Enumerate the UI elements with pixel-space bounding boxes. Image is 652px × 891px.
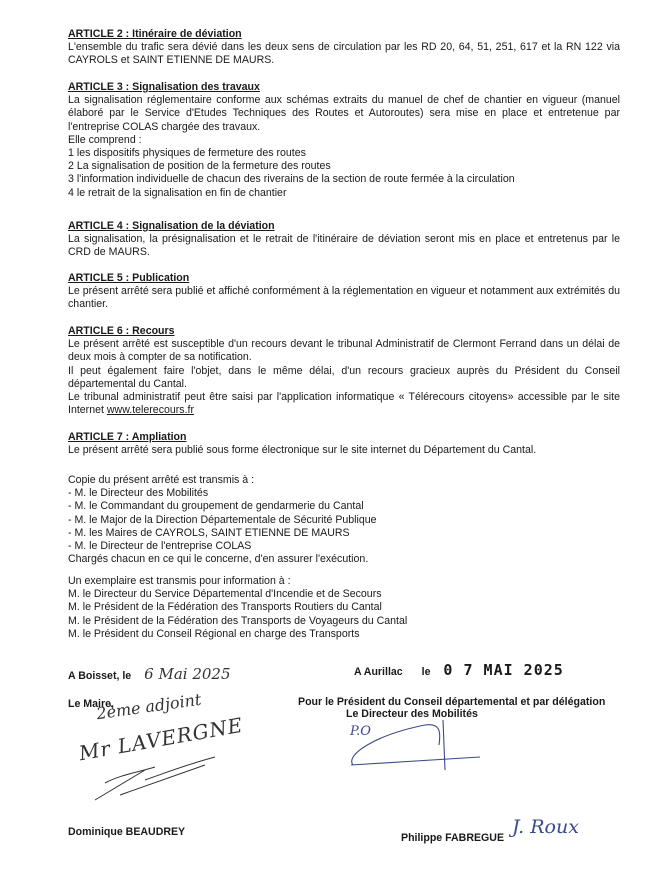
article-7: ARTICLE 7 : Ampliation Le présent arrêté…: [68, 431, 620, 457]
article-text: Le présent arrêté sera publié sous forme…: [68, 444, 620, 457]
left-place-label: A Boisset, le: [68, 670, 131, 682]
article-heading: ARTICLE 2 : Itinéraire de déviation: [68, 28, 620, 41]
article-text: Le présent arrêté est susceptible d'un r…: [68, 338, 620, 364]
list-item: M. le Directeur du Service Départemental…: [68, 588, 620, 601]
article-heading: ARTICLE 7 : Ampliation: [68, 431, 620, 444]
list-item: - M. le Directeur de l'entreprise COLAS: [68, 540, 620, 553]
article-text: Elle comprend :: [68, 134, 620, 147]
article-4: ARTICLE 4 : Signalisation de la déviatio…: [68, 220, 620, 260]
right-signatory-name: Philippe FABREGUE: [401, 832, 504, 845]
list-item: 2 La signalisation de position de la fer…: [68, 160, 620, 173]
article-text: La signalisation, la présignalisation et…: [68, 233, 620, 259]
article-heading: ARTICLE 3 : Signalisation des travaux: [68, 81, 620, 94]
article-text: La signalisation réglementaire conforme …: [68, 94, 620, 134]
document-page: ARTICLE 2 : Itinéraire de déviation L'en…: [0, 0, 652, 891]
list-item: - M. le Major de la Direction Départemen…: [68, 514, 620, 527]
information-section: Un exemplaire est transmis pour informat…: [68, 575, 620, 641]
list-item: 1 les dispositifs physiques de fermeture…: [68, 147, 620, 160]
article-3: ARTICLE 3 : Signalisation des travaux La…: [68, 81, 620, 200]
article-heading: ARTICLE 4 : Signalisation de la déviatio…: [68, 220, 620, 233]
right-date-prefix: le: [422, 666, 431, 678]
right-stamped-date: 0 7 MAI 2025: [443, 661, 563, 679]
article-text: L'ensemble du trafic sera dévié dans les…: [68, 41, 620, 67]
list-item: - M. le Directeur des Mobilités: [68, 487, 620, 500]
article-heading: ARTICLE 6 : Recours: [68, 325, 620, 338]
information-intro: Un exemplaire est transmis pour informat…: [68, 575, 620, 588]
left-handwritten-role: 2ème adjoint: [96, 693, 202, 721]
copies-intro: Copie du présent arrêté est transmis à :: [68, 474, 620, 487]
right-place-label: A Aurillac: [354, 666, 403, 678]
left-signatory-name: Dominique BEAUDREY: [68, 826, 185, 839]
list-item: - M. les Maires de CAYROLS, SAINT ETIENN…: [68, 527, 620, 540]
left-place-date: A Boisset, le 6 Mai 2025: [68, 668, 231, 683]
article-heading: ARTICLE 5 : Publication: [68, 272, 620, 285]
right-place-date: A Aurillac le 0 7 MAI 2025: [354, 664, 564, 679]
telerecours-link[interactable]: www.telerecours.fr: [107, 404, 194, 416]
list-item: - M. le Commandant du groupement de gend…: [68, 500, 620, 513]
article-text: Il peut également faire l'objet, dans le…: [68, 365, 620, 391]
article-5: ARTICLE 5 : Publication Le présent arrêt…: [68, 272, 620, 312]
list-item: M. le Président de la Fédération des Tra…: [68, 615, 620, 628]
list-item: M. le Président du Conseil Régional en c…: [68, 628, 620, 641]
list-item: M. le Président de la Fédération des Tra…: [68, 601, 620, 614]
copies-section: Copie du présent arrêté est transmis à :…: [68, 474, 620, 566]
article-2: ARTICLE 2 : Itinéraire de déviation L'en…: [68, 28, 620, 68]
article-text: Le présent arrêté sera publié et affiché…: [68, 285, 620, 311]
list-item: 4 le retrait de la signalisation en fin …: [68, 187, 620, 200]
left-signature-scrawl: [85, 745, 245, 805]
right-handwritten-po: P.O: [350, 725, 371, 738]
right-handwritten-signature: J. Roux: [512, 821, 579, 834]
copies-closing: Chargés chacun en ce qui le concerne, d'…: [68, 553, 620, 566]
left-handwritten-date: 6 Mai 2025: [144, 665, 230, 683]
article-6: ARTICLE 6 : Recours Le présent arrêté es…: [68, 325, 620, 417]
list-item: 3 l'information individuelle de chacun d…: [68, 173, 620, 186]
article-text: Le tribunal administratif peut être sais…: [68, 391, 620, 417]
